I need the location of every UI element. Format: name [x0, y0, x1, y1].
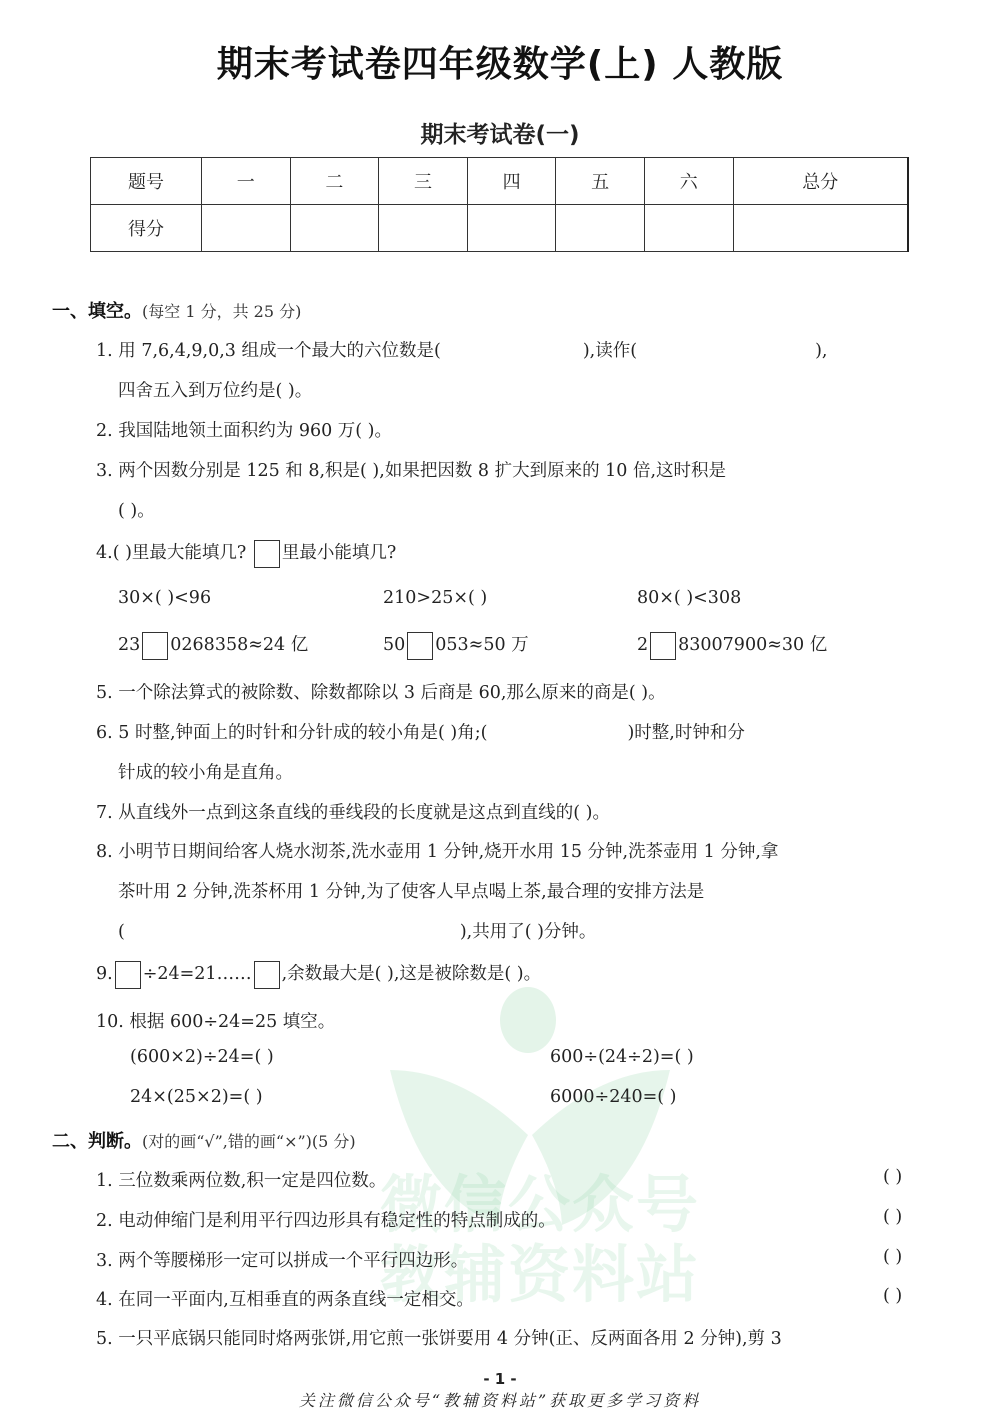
judge-item: 3. 两个等腰梯形一定可以拼成一个平行四边形。 — [96, 1247, 468, 1272]
q4-row-2-item: 230268358≈24 亿 — [118, 631, 308, 660]
question-3-line-2: ( )。 — [118, 497, 155, 522]
score-table: 题号 一 二 三 四 五 六 总分 得分 — [90, 157, 909, 252]
score-cell: 二 — [290, 158, 379, 205]
q4-row-1-item: 80×( )<308 — [637, 588, 741, 608]
section-1-note: (每空 1 分，共 25 分) — [142, 302, 301, 321]
judge-answer-paren[interactable]: ( ) — [883, 1286, 902, 1306]
question-4-prompt: 4.( )里最大能填几? 里最小能填几? — [96, 539, 396, 568]
question-7: 7. 从直线外一点到这条直线的垂线段的长度就是这点到直线的( )。 — [96, 799, 610, 824]
question-2: 2. 我国陆地领土面积约为 960 万( )。 — [96, 417, 392, 442]
q4-row-2-item: 283007900≈30 亿 — [637, 631, 827, 660]
question-1-line-2: 四舍五入到万位约是( )。 — [118, 377, 312, 402]
q8-text-b: ),共用了( )分钟。 — [460, 922, 597, 942]
q6-text-b: )时整,时钟和分 — [627, 723, 744, 743]
q8-text-a: ( — [118, 922, 125, 942]
q4-pre: 2 — [637, 635, 648, 655]
answer-box[interactable] — [142, 632, 168, 660]
q1-text-b: ),读作( — [583, 341, 637, 361]
q4-row-1-item: 30×( )<96 — [118, 588, 211, 608]
question-8-line-1: 8. 小明节日期间给客人烧水沏茶,洗水壶用 1 分钟,烧开水用 15 分钟,洗茶… — [96, 838, 778, 863]
score-cell: 得分 — [91, 205, 202, 252]
q4-row-1-item: 210>25×( ) — [383, 588, 487, 608]
score-input-cell[interactable] — [556, 205, 645, 252]
page-subtitle: 期末考试卷(一) — [0, 116, 1000, 149]
question-5: 5. 一个除法算式的被除数、除数都除以 3 后商是 60,那么原来的商是( )。 — [96, 679, 666, 704]
score-cell: 题号 — [91, 158, 202, 205]
score-input-cell[interactable] — [202, 205, 291, 252]
question-8-line-2: 茶叶用 2 分钟,洗茶杯用 1 分钟,为了使客人早点喝上茶,最合理的安排方法是 — [118, 878, 704, 903]
score-input-cell[interactable] — [644, 205, 733, 252]
score-cell: 总分 — [733, 158, 908, 205]
q1-text-a: 1. 用 7,6,4,9,0,3 组成一个最大的六位数是( — [96, 341, 441, 361]
score-input-cell[interactable] — [290, 205, 379, 252]
q9-mid: ÷24=21…… — [143, 964, 252, 984]
section-2-header: 二、判断。(对的画“√”,错的画“×”)(5 分) — [52, 1127, 356, 1153]
score-input-cell[interactable] — [733, 205, 908, 252]
score-input-cell[interactable] — [467, 205, 556, 252]
judge-item: 2. 电动伸缩门是利用平行四边形具有稳定性的特点制成的。 — [96, 1207, 556, 1232]
section-1-header: 一、填空。(每空 1 分，共 25 分) — [52, 297, 301, 323]
score-cell: 一 — [202, 158, 291, 205]
footer-note: 关注微信公众号“教辅资料站”获取更多学习资料 — [0, 1388, 1000, 1411]
judge-answer-paren[interactable]: ( ) — [883, 1247, 902, 1267]
page-number: - 1 - — [0, 1370, 1000, 1388]
q9-num: 9. — [96, 964, 113, 984]
answer-box[interactable] — [650, 632, 676, 660]
question-10: 10. 根据 600÷24=25 填空。 — [96, 1008, 335, 1033]
judge-answer-paren[interactable]: ( ) — [883, 1167, 902, 1187]
judge-item: 5. 一只平底锅只能同时烙两张饼,用它煎一张饼要用 4 分钟(正、反两面各用 2… — [96, 1325, 782, 1350]
score-cell: 五 — [556, 158, 645, 205]
q10-item: (600×2)÷24=( ) — [130, 1047, 274, 1067]
question-3-line-1: 3. 两个因数分别是 125 和 8,积是( ),如果把因数 8 扩大到原来的 … — [96, 457, 726, 482]
q4-text-b: 里最小能填几? — [282, 543, 396, 563]
page-title: 期末考试卷四年级数学(上) 人教版 — [0, 36, 1000, 87]
score-cell: 六 — [644, 158, 733, 205]
section-2-heading: 二、判断。 — [52, 1131, 142, 1152]
question-1-line-1: 1. 用 7,6,4,9,0,3 组成一个最大的六位数是(),读作(), — [96, 337, 827, 362]
q6-text-a: 6. 5 时整,钟面上的时针和分针成的较小角是( )角;( — [96, 723, 487, 743]
q10-item: 600÷(24÷2)=( ) — [550, 1047, 694, 1067]
question-8-line-3: (),共用了( )分钟。 — [118, 918, 596, 943]
q4-text-a: 4.( )里最大能填几? — [96, 543, 246, 563]
q4-pre: 23 — [118, 635, 140, 655]
answer-box[interactable] — [407, 632, 433, 660]
answer-box[interactable] — [115, 961, 141, 989]
judge-item: 1. 三位数乘两位数,积一定是四位数。 — [96, 1167, 386, 1192]
score-table-score-row: 得分 — [91, 205, 909, 252]
judge-answer-paren[interactable]: ( ) — [883, 1207, 902, 1227]
question-6-line-2: 针成的较小角是直角。 — [118, 759, 293, 784]
section-1-heading: 一、填空。 — [52, 301, 142, 322]
q10-item: 6000÷240=( ) — [550, 1087, 676, 1107]
score-table-header-row: 题号 一 二 三 四 五 六 总分 — [91, 158, 909, 205]
question-6-line-1: 6. 5 时整,钟面上的时针和分针成的较小角是( )角;()时整,时钟和分 — [96, 719, 745, 744]
score-cell: 四 — [467, 158, 556, 205]
judge-item: 4. 在同一平面内,互相垂直的两条直线一定相交。 — [96, 1286, 474, 1311]
score-input-cell[interactable] — [379, 205, 468, 252]
section-2-note: (对的画“√”,错的画“×”)(5 分) — [142, 1132, 356, 1151]
q9-end: ,余数最大是( ),这是被除数是( )。 — [282, 964, 542, 984]
q1-text-c: ), — [815, 341, 827, 361]
answer-box[interactable] — [254, 540, 280, 568]
score-cell: 三 — [379, 158, 468, 205]
q4-post: 053≈50 万 — [435, 635, 528, 655]
q4-post: 0268358≈24 亿 — [170, 635, 308, 655]
q10-item: 24×(25×2)=( ) — [130, 1087, 263, 1107]
answer-box[interactable] — [254, 961, 280, 989]
q4-pre: 50 — [383, 635, 405, 655]
question-9: 9.÷24=21……,余数最大是( ),这是被除数是( )。 — [96, 960, 541, 989]
q4-post: 83007900≈30 亿 — [678, 635, 827, 655]
q4-row-2-item: 50053≈50 万 — [383, 631, 529, 660]
